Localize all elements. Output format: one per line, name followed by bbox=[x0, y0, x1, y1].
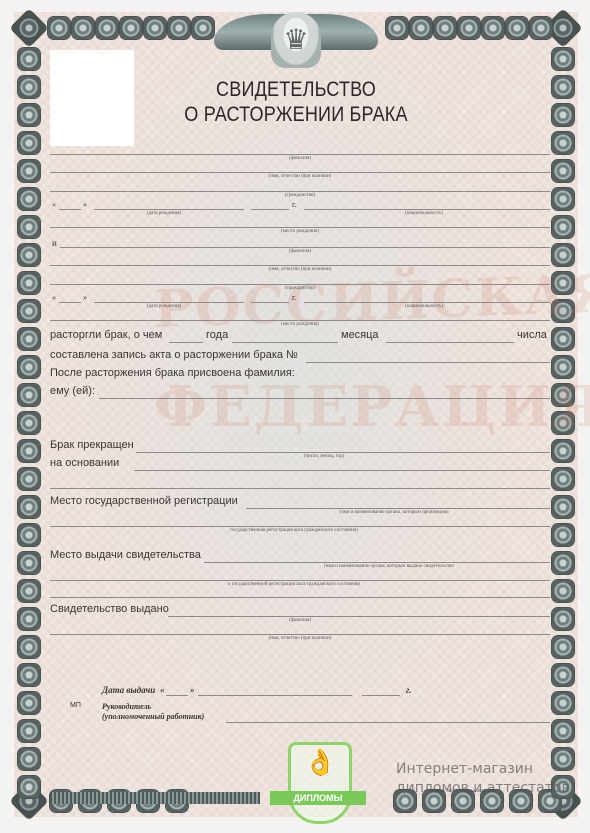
quote-close: » bbox=[83, 293, 87, 302]
caption: (национальность) bbox=[354, 211, 494, 216]
year-suffix: г. bbox=[406, 685, 411, 695]
issue-place-field-2[interactable] bbox=[50, 580, 550, 581]
year-field[interactable] bbox=[169, 342, 203, 343]
border-tile-ornament bbox=[506, 17, 528, 39]
border-tile-ornament bbox=[18, 776, 40, 798]
quote-open: « bbox=[52, 200, 56, 209]
caption: (число, месяц, год) bbox=[264, 454, 384, 459]
caption: (фамилия) bbox=[50, 249, 550, 254]
conjunction-and: и bbox=[52, 238, 57, 248]
border-tile-ornament bbox=[18, 132, 40, 154]
label-day: числа bbox=[517, 329, 547, 341]
border-tile-ornament bbox=[410, 17, 432, 39]
issue-place-field-3[interactable] bbox=[50, 597, 550, 598]
quote-close: » bbox=[83, 200, 87, 209]
border-tile-ornament bbox=[552, 244, 574, 266]
record-number-field[interactable] bbox=[306, 362, 550, 363]
border-tile-ornament bbox=[552, 524, 574, 546]
border-tile-ornament bbox=[482, 17, 504, 39]
issue-day-field[interactable] bbox=[166, 695, 188, 696]
border-tile-ornament bbox=[552, 496, 574, 518]
surname-2-field[interactable] bbox=[60, 247, 550, 248]
quote-open: « bbox=[160, 685, 165, 695]
year-suffix: г. bbox=[292, 200, 296, 209]
border-tile-ornament bbox=[434, 17, 456, 39]
divorce-certificate: ♛ РОССИЙСКАЯ ФЕДЕРАЦИЯ СВИДЕТЕЛЬСТВО О Р… bbox=[14, 12, 578, 824]
border-tile-ornament bbox=[552, 692, 574, 714]
birth-day-1-field[interactable] bbox=[59, 209, 81, 210]
day-field[interactable] bbox=[386, 342, 514, 343]
border-tile-ornament bbox=[552, 188, 574, 210]
bottom-ribbon-ornament bbox=[50, 792, 260, 804]
border-tile-ornament bbox=[18, 468, 40, 490]
issued-to-surname-field[interactable] bbox=[168, 616, 550, 617]
year-suffix: г. bbox=[292, 293, 296, 302]
shop-badge: 👌 ДИПЛОМЫ bbox=[282, 742, 352, 824]
border-tile-ornament bbox=[96, 17, 118, 39]
birth-month-1-field[interactable] bbox=[94, 209, 244, 210]
label-issue-place: Место выдачи свидетельства bbox=[50, 549, 201, 561]
border-tile-ornament bbox=[552, 48, 574, 70]
name-1-field[interactable] bbox=[50, 172, 550, 173]
caption: о государственной регистрации акта гражд… bbox=[174, 582, 414, 587]
label-basis: на основании bbox=[50, 457, 119, 469]
shop-watermark-line2: дипломов и аттестатов bbox=[396, 780, 570, 796]
border-tile-ornament bbox=[18, 412, 40, 434]
citizenship-1-field[interactable] bbox=[50, 191, 550, 192]
label-registration-place: Место государственной регистрации bbox=[50, 495, 238, 507]
birth-year-1-field[interactable] bbox=[251, 209, 289, 210]
citizenship-2-field[interactable] bbox=[50, 284, 550, 285]
border-tile-ornament bbox=[552, 160, 574, 182]
label-him-her: ему (ей): bbox=[50, 385, 95, 397]
border-tile-ornament bbox=[18, 552, 40, 574]
border-tile-ornament bbox=[72, 17, 94, 39]
nationality-1-field[interactable] bbox=[304, 209, 550, 210]
label-issue-date: Дата выдачи bbox=[102, 685, 155, 695]
caption: (имя, отчество (при наличии) bbox=[50, 636, 550, 641]
border-tile-ornament bbox=[552, 608, 574, 630]
border-tile-ornament bbox=[18, 664, 40, 686]
registration-place-field[interactable] bbox=[246, 508, 550, 509]
border-tile-ornament bbox=[18, 328, 40, 350]
caption: (имя и наименование органа, которым выда… bbox=[274, 564, 504, 569]
border-tile-ornament bbox=[192, 17, 214, 39]
border-tile-ornament bbox=[530, 17, 552, 39]
border-tile-ornament bbox=[552, 216, 574, 238]
border-tile-ornament bbox=[18, 216, 40, 238]
russian-coat-of-arms-icon: ♛ bbox=[271, 12, 321, 68]
caption: (национальность) bbox=[354, 304, 494, 309]
border-tile-ornament bbox=[18, 300, 40, 322]
border-tile-ornament bbox=[552, 636, 574, 658]
border-tile-ornament bbox=[144, 17, 166, 39]
document-title: СВИДЕТЕЛЬСТВО bbox=[53, 78, 538, 102]
issue-month-field[interactable] bbox=[198, 695, 352, 696]
label-month: месяца bbox=[341, 329, 379, 341]
border-tile-ornament bbox=[552, 440, 574, 462]
document-subtitle: О РАСТОРЖЕНИИ БРАКА bbox=[53, 103, 538, 127]
label-authorized-employee: (уполномоченный работник) bbox=[102, 712, 204, 721]
border-tile-ornament bbox=[18, 440, 40, 462]
label-record-number: составлена запись акта о расторжении бра… bbox=[50, 349, 298, 361]
ok-hand-icon: 👌 bbox=[304, 748, 336, 778]
border-tile-ornament bbox=[168, 17, 190, 39]
termination-date-field[interactable] bbox=[136, 452, 550, 453]
label-surname-after: После расторжения брака присвоена фамили… bbox=[50, 367, 295, 379]
caption: (дата рождения) bbox=[104, 304, 224, 309]
border-tile-ornament bbox=[552, 328, 574, 350]
border-tile-ornament bbox=[18, 580, 40, 602]
birth-day-2-field[interactable] bbox=[59, 302, 81, 303]
border-tile-ornament bbox=[18, 356, 40, 378]
border-tile-ornament bbox=[48, 17, 70, 39]
badge-label: ДИПЛОМЫ bbox=[270, 791, 366, 805]
label-terminated: Брак прекращен bbox=[50, 439, 134, 451]
caption: (фамилия) bbox=[50, 156, 550, 161]
border-tile-ornament bbox=[552, 664, 574, 686]
caption: (дата рождения) bbox=[104, 211, 224, 216]
label-year: года bbox=[206, 329, 228, 341]
border-tile-ornament bbox=[18, 244, 40, 266]
border-tile-ornament bbox=[18, 636, 40, 658]
border-tile-ornament bbox=[18, 720, 40, 742]
signature-field[interactable] bbox=[226, 722, 550, 723]
border-tile-ornament bbox=[18, 188, 40, 210]
border-tile-ornament bbox=[18, 76, 40, 98]
border-tile-ornament bbox=[18, 692, 40, 714]
border-tile-ornament bbox=[18, 608, 40, 630]
surname-after-field[interactable] bbox=[99, 398, 550, 399]
stamp-place-label: МП bbox=[70, 702, 81, 709]
watermark-federation: ФЕДЕРАЦИЯ bbox=[154, 374, 454, 440]
birthplace-2-field[interactable] bbox=[50, 320, 550, 321]
border-tile-ornament bbox=[18, 524, 40, 546]
caption: (имя и наименование органа, которым прои… bbox=[294, 510, 494, 515]
quote-close: » bbox=[190, 685, 195, 695]
basis-field[interactable] bbox=[134, 470, 550, 471]
border-tile-ornament bbox=[18, 272, 40, 294]
nationality-2-field[interactable] bbox=[304, 302, 550, 303]
surname-1-field[interactable] bbox=[50, 154, 550, 155]
border-tile-ornament bbox=[18, 384, 40, 406]
birthplace-1-field[interactable] bbox=[50, 227, 550, 228]
border-tile-ornament bbox=[552, 552, 574, 574]
caption: государственная регистрация акта граждан… bbox=[174, 528, 414, 533]
birth-month-2-field[interactable] bbox=[94, 302, 244, 303]
quote-open: « bbox=[52, 293, 56, 302]
border-tile-ornament bbox=[458, 17, 480, 39]
caption: (фамилия) bbox=[50, 618, 550, 623]
border-tile-ornament bbox=[18, 160, 40, 182]
label-issued-to: Свидетельство выдано bbox=[50, 603, 169, 615]
caption: (место рождения) bbox=[50, 322, 550, 327]
registration-place-field-2[interactable] bbox=[50, 526, 550, 527]
issue-place-field[interactable] bbox=[204, 562, 550, 563]
border-tile-ornament bbox=[552, 76, 574, 98]
shop-watermark-line1: Интернет-магазин bbox=[396, 761, 533, 777]
border-tile-ornament bbox=[552, 468, 574, 490]
border-tile-ornament bbox=[552, 720, 574, 742]
border-tile-ornament bbox=[18, 748, 40, 770]
border-tile-ornament bbox=[18, 496, 40, 518]
issued-to-name-field[interactable] bbox=[50, 634, 550, 635]
border-tile-ornament bbox=[552, 132, 574, 154]
border-tile-ornament bbox=[18, 104, 40, 126]
caption: (имя, отчество (при наличии) bbox=[50, 174, 550, 179]
caption: (гражданство) bbox=[50, 286, 550, 291]
basis-field-2[interactable] bbox=[50, 488, 550, 489]
border-tile-ornament bbox=[552, 580, 574, 602]
caption: (гражданство) bbox=[50, 193, 550, 198]
name-2-field[interactable] bbox=[50, 265, 550, 266]
border-tile-ornament bbox=[552, 748, 574, 770]
border-tile-ornament bbox=[120, 17, 142, 39]
border-tile-ornament bbox=[386, 17, 408, 39]
issue-year-field[interactable] bbox=[362, 695, 400, 696]
border-tile-ornament bbox=[18, 48, 40, 70]
month-field[interactable] bbox=[232, 342, 338, 343]
label-dissolved: расторгли брак, о чем bbox=[50, 329, 162, 341]
birth-year-2-field[interactable] bbox=[251, 302, 289, 303]
caption: (место рождения) bbox=[50, 229, 550, 234]
border-tile-ornament bbox=[552, 104, 574, 126]
caption: (имя, отчество (при наличии) bbox=[50, 267, 550, 272]
label-head: Руководитель bbox=[102, 702, 151, 711]
